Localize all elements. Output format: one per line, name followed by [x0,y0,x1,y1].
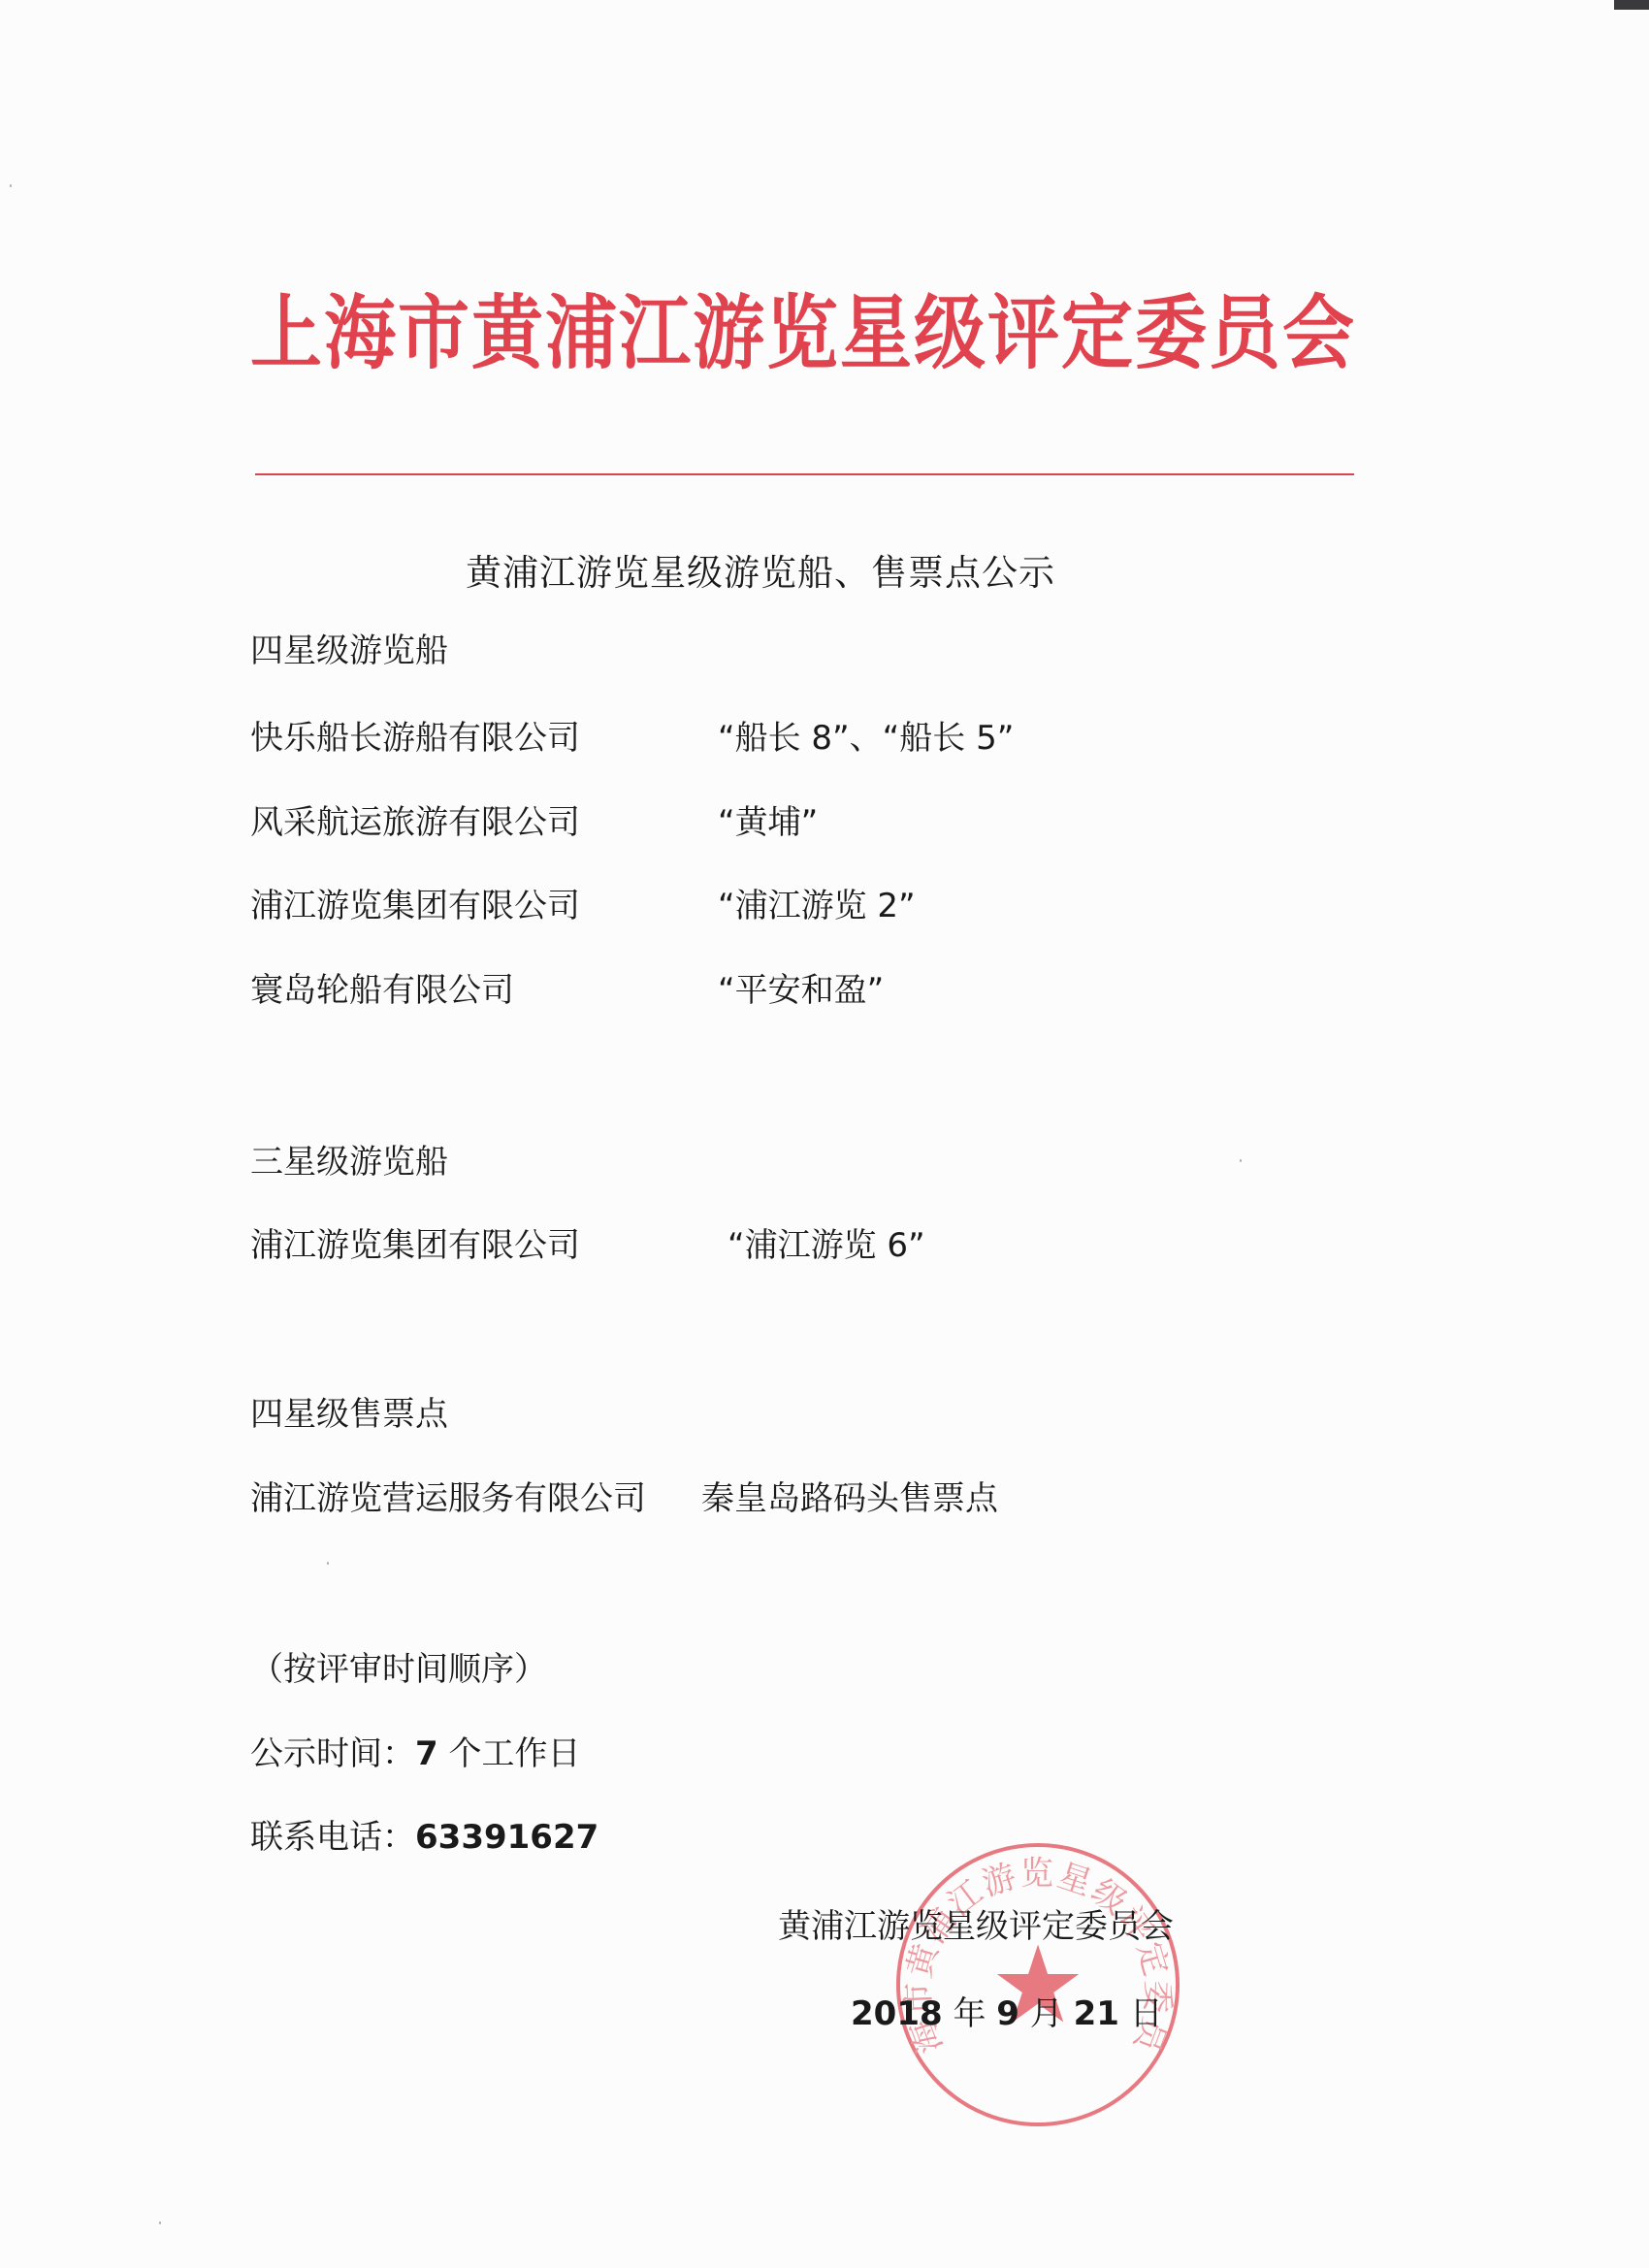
publicity-period: 公示时间：7 个工作日 [250,1727,580,1774]
scan-speck [1240,1159,1242,1162]
company-name: 快乐船长游船有限公司 [250,711,580,759]
letterhead-divider [255,473,1354,475]
company-name: 寰岛轮船有限公司 [250,963,514,1011]
official-seal-icon: 上海市黄浦江游览星级评定委员会 ★ [894,1841,1181,2128]
issue-date: 2018 年 9 月 21 日 [851,1987,1163,2034]
publicity-period-label: 公示时间： [250,1734,415,1773]
boat-name: “船长 8”、“船长 5” [718,711,1014,759]
boat-name: “黄埔” [718,795,818,843]
issuer-signature: 黄浦江游览星级评定委员会 [778,1899,1174,1947]
section-heading-four-star-boats: 四星级游览船 [250,624,448,671]
publicity-period-unit: 个工作日 [438,1734,581,1773]
contact-phone: 联系电话：63391627 [250,1810,598,1858]
document-page: 上海市黄浦江游览星级评定委员会 黄浦江游览星级游览船、售票点公示 四星级游览船 … [0,0,1649,2268]
section-heading-three-star-boats: 三星级游览船 [250,1135,448,1183]
company-name: 浦江游览集团有限公司 [250,879,580,926]
notice-title: 黄浦江游览星级游览船、售票点公示 [466,543,1055,596]
date-year-unit: 年 [943,1994,997,2033]
date-day: 21 [1074,1994,1119,2033]
scan-speck [159,2221,161,2224]
scan-edge-mark [1614,0,1649,10]
scan-speck [327,1562,329,1565]
ticket-office-name: 秦皇岛路码头售票点 [701,1472,998,1519]
scan-speck [10,184,12,187]
company-name: 浦江游览营运服务有限公司 [250,1472,646,1519]
contact-phone-value: 63391627 [415,1818,598,1857]
order-note: （按评审时间顺序） [250,1642,547,1690]
date-year: 2018 [851,1994,943,2033]
company-name: 风采航运旅游有限公司 [250,795,580,843]
contact-phone-label: 联系电话： [250,1818,415,1857]
section-heading-four-star-ticket-offices: 四星级售票点 [250,1387,448,1435]
date-month: 9 [996,1994,1019,2033]
publicity-period-value: 7 [415,1734,438,1773]
letterhead-title: 上海市黄浦江游览星级评定委员会 [250,270,1361,385]
company-name: 浦江游览集团有限公司 [250,1218,580,1266]
date-day-unit: 日 [1119,1994,1163,2033]
boat-name: “浦江游览 2” [718,879,916,926]
boat-name: “平安和盈” [718,963,884,1011]
date-month-unit: 月 [1019,1994,1074,2033]
boat-name: “浦江游览 6” [727,1218,925,1266]
